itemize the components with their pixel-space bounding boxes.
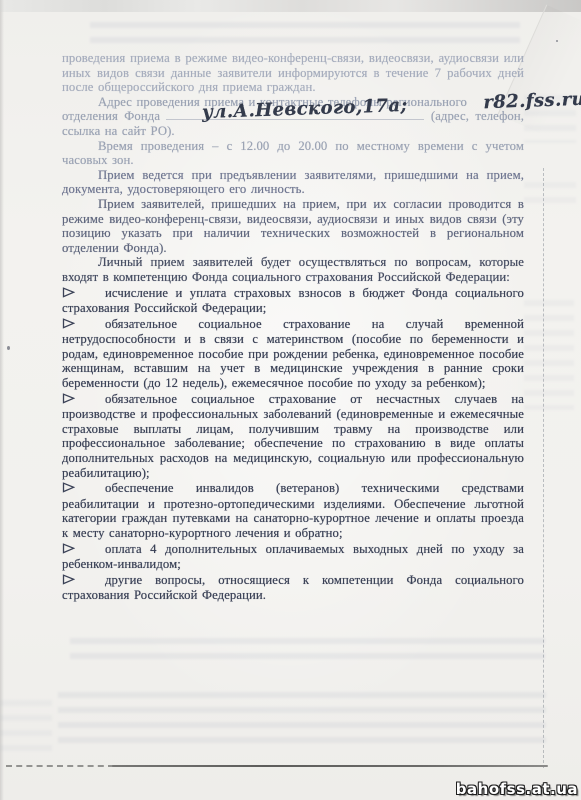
ghost-text-bottom [58, 692, 546, 750]
bullet-text: другие вопросы, относящиеся к компетенци… [62, 573, 524, 603]
watermark: bahofss.at.ua [456, 780, 578, 798]
bullet-text: обязательное социальное страхование от н… [62, 392, 524, 480]
bullet-text: исчисление и уплата страховых взносов в … [62, 286, 524, 316]
paragraph-video-conference: Прием заявителей, пришедших на прием, пр… [62, 197, 524, 255]
ghost-text-right-margin [524, 182, 576, 212]
photocopy-border-bottom-dashed [6, 765, 114, 767]
bullet-arrow-icon [62, 318, 105, 333]
scan-speck [556, 40, 558, 42]
bullet-text: обязательное социальное страхование на с… [62, 317, 524, 390]
bullet-arrow-icon [62, 393, 105, 408]
paragraph-identity: Прием ведется при предъявлении заявителя… [62, 168, 524, 197]
bullet-item: обязательное социальное страхование от н… [62, 392, 524, 481]
ghost-text-bottom [70, 638, 545, 666]
bullet-text: оплата 4 дополнительных оплачиваемых вых… [62, 542, 524, 572]
paragraph-intro: Личный прием заявителей будет осуществля… [62, 255, 524, 284]
address-printed-line2: отделения Фонда [62, 109, 160, 123]
paragraph-time: Время проведения – с 12.00 до 20.00 по м… [62, 139, 524, 168]
photocopy-border-right [543, 168, 544, 768]
paragraph-continuation: проведения приема в режиме видео-конфере… [62, 51, 524, 95]
scan-top-edge [0, 0, 581, 12]
bullet-list: исчисление и уплата страховых взносов в … [62, 286, 524, 603]
bullet-item: обязательное социальное страхование на с… [62, 317, 524, 391]
bullet-arrow-icon [62, 574, 105, 589]
scan-left-edge [0, 0, 4, 800]
bullet-arrow-icon [62, 482, 105, 497]
bullet-text: обеспечение инвалидов (ветеранов) технич… [62, 481, 524, 540]
scan-speck [7, 346, 10, 350]
ghost-text-bottom-left [0, 700, 52, 758]
bullet-item: обеспечение инвалидов (ветеранов) технич… [62, 481, 524, 540]
bullet-item: исчисление и уплата страховых взносов в … [62, 286, 524, 316]
bullet-item: другие вопросы, относящиеся к компетенци… [62, 573, 524, 603]
photocopy-border-bottom [112, 765, 548, 767]
document-body: проведения приема в режиме видео-конфере… [62, 51, 524, 603]
bullet-item: оплата 4 дополнительных оплачиваемых вых… [62, 542, 524, 572]
handwritten-website: r82.fss.ru [447, 92, 581, 111]
ghost-text-right-margin [524, 300, 574, 410]
bullet-arrow-icon [62, 287, 105, 302]
bullet-arrow-icon [62, 543, 105, 558]
paragraph-address: Адрес проведения приема и контактные тел… [62, 95, 524, 139]
scanned-document-page: проведения приема в режиме видео-конфере… [0, 0, 581, 800]
ghost-text-top [90, 22, 520, 48]
